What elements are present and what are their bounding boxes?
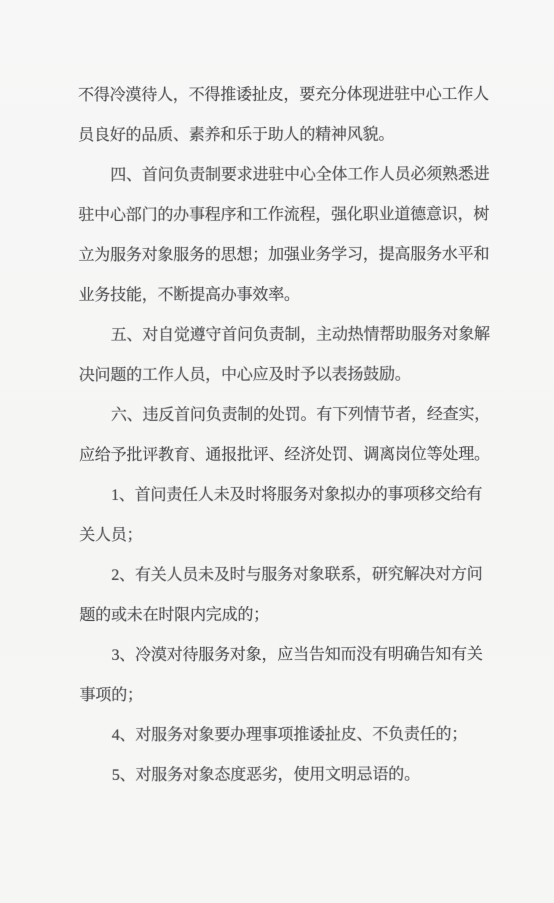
text-line: 业务技能，不断提高办事效率。 [79,275,499,316]
text-line: 驻中心部门的办事程序和工作流程，强化职业道德意识，树 [78,195,498,236]
text-line: 员良好的品质、素养和乐于助人的精神风貌。 [78,115,498,156]
text-line: 1、首问责任人未及时将服务对象拟办的事项移交给有 [79,475,499,516]
text-line: 题的或未在时限内完成的； [79,595,499,636]
text-line: 事项的； [80,675,500,716]
scanned-document-page: 不得冷漠待人，不得推诿扯皮，要充分体现进驻中心工作人 员良好的品质、素养和乐于助… [0,0,554,903]
text-line: 5、对服务对象态度恶劣，使用文明忌语的。 [80,755,500,796]
text-line: 不得冷漠待人，不得推诿扯皮，要充分体现进驻中心工作人 [78,75,498,116]
text-line: 4、对服务对象要办理事项推诿扯皮、不负责任的； [80,715,500,756]
text-line: 应给予批评教育、通报批评、经济处罚、调离岗位等处理。 [79,435,499,476]
text-line: 四、首问负责制要求进驻中心全体工作人员必须熟悉进 [78,155,498,196]
text-line: 立为服务对象服务的思想；加强业务学习，提高服务水平和 [78,235,498,276]
text-line: 2、有关人员未及时与服务对象联系，研究解决对方问 [79,555,499,596]
text-line: 决问题的工作人员，中心应及时予以表扬鼓励。 [79,355,499,396]
text-line: 六、违反首问负责制的处罚。有下列情节者，经查实， [79,395,499,436]
text-line: 关人员； [79,515,499,556]
document-text-block: 不得冷漠待人，不得推诿扯皮，要充分体现进驻中心工作人 员良好的品质、素养和乐于助… [78,75,500,796]
text-line: 五、对自觉遵守首问负责制，主动热情帮助服务对象解 [79,315,499,356]
text-line: 3、冷漠对待服务对象，应当告知而没有明确告知有关 [79,635,499,676]
